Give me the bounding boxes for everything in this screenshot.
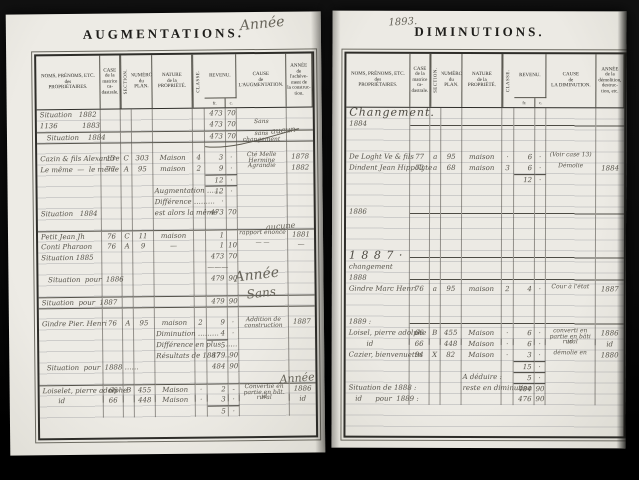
cell-an: — (288, 239, 314, 250)
cell-f: 5 (514, 372, 535, 383)
cell-na (462, 262, 502, 273)
cell-na (462, 361, 502, 372)
cell-ca (410, 394, 430, 405)
cell-c (227, 196, 238, 207)
cell-c: 90 (228, 361, 239, 372)
cell-n: Situation pour 1887 (39, 297, 103, 309)
cell-cu (546, 394, 596, 405)
cell-se: A (121, 164, 132, 175)
cell-nu (441, 218, 462, 229)
cell-se (122, 208, 133, 219)
cell-cl: 3 (502, 163, 514, 174)
cell-f (514, 251, 535, 262)
cell-nu (441, 394, 462, 405)
page-title: AUGMENTATIONS. (6, 24, 321, 43)
cell-se (122, 219, 133, 230)
cell-n: Conti Pharaon (38, 242, 102, 254)
cell-cl (195, 373, 207, 384)
cell-cu: id (240, 394, 290, 406)
cell-ca (410, 119, 430, 130)
cell-c: · (535, 152, 546, 163)
cell-se (121, 142, 132, 153)
cell-ca (410, 207, 430, 218)
cell-ca (102, 208, 122, 219)
cell-an (288, 206, 314, 217)
cell-c (535, 240, 546, 251)
cell-cl (195, 285, 207, 296)
cell-n: Gindre Marc Henri (346, 284, 410, 295)
cell-an: 1882 (287, 162, 313, 173)
cell-an (288, 195, 314, 206)
cell-na (154, 263, 194, 274)
cell-nu (441, 108, 462, 119)
cell-an (289, 349, 315, 360)
cell-cl (194, 197, 206, 208)
cell-n (37, 176, 101, 188)
cell-n: De Loght Ve & fils (346, 152, 410, 163)
cell-cu: Cour à l'état (546, 284, 596, 295)
cell-na (155, 362, 195, 373)
cell-nu (441, 207, 462, 218)
cell-cl (502, 317, 514, 328)
cell-n: Situation pour 1888 …… (39, 363, 103, 375)
cell-cu (238, 207, 288, 219)
cell-f (205, 141, 226, 152)
cell-se (430, 130, 441, 141)
cell-f (514, 119, 535, 130)
cell-se (430, 339, 441, 350)
cell-c (227, 218, 238, 229)
cell-cu: Démolie (546, 163, 596, 174)
cell-an (288, 272, 314, 283)
cell-cl (502, 372, 514, 383)
cell-nu: 95 (441, 284, 462, 295)
cell-n: id (40, 396, 104, 408)
cell-cu (239, 328, 289, 340)
cell-cl (502, 130, 514, 141)
cell-n (346, 141, 410, 152)
cell-c (535, 207, 546, 218)
cell-f (514, 185, 535, 196)
cell-nu (132, 142, 153, 153)
cell-nu (134, 329, 155, 340)
cell-na (154, 252, 194, 263)
cell-se (123, 362, 134, 373)
cell-f: 473 (205, 108, 226, 119)
cell-cu (239, 339, 289, 351)
cell-f (514, 317, 535, 328)
cell-f: 476 (514, 394, 535, 405)
cell-cl: 4 (193, 153, 205, 164)
cell-n: changement (346, 262, 410, 273)
cell-f: 9 (207, 317, 228, 328)
cell-se (123, 351, 134, 362)
cell-cu (546, 185, 596, 196)
cell-cu: — — (238, 240, 288, 252)
cell-cl (195, 307, 207, 318)
cell-na: — (154, 241, 194, 252)
table-row: 1 8 8 7 · (346, 251, 624, 263)
cell-an: 1887 (289, 316, 315, 327)
cell-se (121, 175, 132, 186)
cell-cl (502, 306, 514, 317)
cell-f: 6 (514, 339, 535, 350)
cell-f: 15 (514, 361, 535, 372)
augmentations-table: NOMS, PRÉNOMS, ETC. des PROPRIÉTAIRES. C… (34, 51, 318, 440)
cell-an (289, 294, 315, 305)
cell-cl: 2 (195, 318, 207, 329)
cell-se (122, 274, 133, 285)
cell-cl (193, 120, 205, 131)
cell-cu (239, 284, 289, 296)
cell-f: 5 (207, 339, 228, 350)
cell-ca (410, 130, 430, 141)
cell-cu (546, 229, 596, 240)
cell-cu (238, 251, 288, 263)
table-row (346, 218, 624, 230)
cell-ca (410, 361, 430, 372)
cell-nu (134, 373, 155, 384)
cell-f: 1 (206, 240, 227, 251)
cell-se: a (430, 152, 441, 163)
cell-c: 10 (227, 240, 238, 251)
cell-f: 473 (205, 119, 226, 130)
cell-f (514, 295, 535, 306)
cell-c (535, 196, 546, 207)
cell-c: · (535, 361, 546, 372)
cell-se: A (122, 241, 133, 252)
cell-se (430, 273, 441, 284)
cell-nu (133, 252, 154, 263)
cell-c (535, 251, 546, 262)
table-row: 1886 (346, 207, 624, 219)
cell-an (289, 360, 315, 371)
cell-f (514, 207, 535, 218)
cell-c: 90 (228, 295, 239, 306)
cell-cl: · (502, 339, 514, 350)
page-edge-shadow (616, 11, 626, 448)
cell-n: 1 8 8 7 · (346, 251, 410, 262)
cell-ca (410, 185, 430, 196)
table-row (346, 295, 624, 307)
cell-f: ——— (206, 262, 227, 273)
cell-ca (103, 340, 123, 351)
cell-n (346, 295, 410, 306)
col-header-annee-construction: ANNÉE de l'achève- ment de la construc- … (286, 53, 313, 106)
cell-c (535, 119, 546, 130)
cell-nu (441, 262, 462, 273)
cell-nu (441, 306, 462, 317)
cell-f: 5 (208, 405, 229, 416)
cell-cl (502, 240, 514, 251)
cell-na: Maison (462, 339, 502, 350)
cell-f: 484 (207, 361, 228, 372)
cell-ca (410, 251, 430, 262)
cell-ca (410, 108, 430, 119)
col-header-proprietaires: NOMS, PRÉNOMS, ETC. des PROPRIÉTAIRES. (36, 56, 101, 110)
col-header-nature-propriete: NATURE de la PROPRIÉTÉ. (462, 54, 502, 107)
cell-nu: 82 (441, 350, 462, 361)
cell-c: · (226, 185, 237, 196)
cell-ca (410, 317, 430, 328)
cell-cl (502, 207, 514, 218)
cell-f (207, 306, 228, 317)
cell-cl (195, 362, 207, 373)
cell-se: a (430, 284, 441, 295)
cell-na (462, 317, 502, 328)
cell-ca (410, 240, 430, 251)
cell-se (121, 109, 132, 120)
cell-se (121, 120, 132, 131)
cell-na (153, 120, 193, 131)
cell-n (346, 174, 410, 185)
cell-nu (134, 307, 155, 318)
cell-an (288, 261, 314, 272)
cell-cu (546, 295, 596, 306)
cell-ca (102, 263, 122, 274)
cell-f: 6 (514, 152, 535, 163)
cell-ca (102, 197, 122, 208)
cell-f (514, 273, 535, 284)
cell-na: Diminution ……… (155, 329, 195, 340)
cell-na (462, 174, 502, 185)
cell-nu (133, 197, 154, 208)
table-row: changement (346, 262, 624, 274)
cell-se (430, 361, 441, 372)
cell-na (154, 274, 194, 285)
cell-na (153, 175, 193, 186)
cell-n (346, 218, 410, 229)
cell-cl (502, 383, 514, 394)
cell-n (40, 407, 104, 419)
cell-nu: 95 (441, 152, 462, 163)
col-header-section: SECTION. (430, 54, 441, 107)
cell-na (153, 109, 193, 120)
cell-cl (194, 252, 206, 263)
cell-ca: 13 (101, 153, 121, 164)
cell-n (39, 286, 103, 298)
col-header-numero-plan: NUMÉRO du PLAN. (441, 54, 462, 107)
cell-na (462, 306, 502, 317)
col-header-section: SECTION. (120, 55, 132, 108)
cell-c (535, 141, 546, 152)
cell-ca: 77 (101, 164, 121, 175)
cell-nu (441, 361, 462, 372)
cell-f: 9 (205, 163, 226, 174)
cell-ca (102, 219, 122, 230)
cell-se (123, 296, 134, 307)
cell-n (38, 198, 102, 210)
cell-cu (237, 185, 287, 197)
cell-n: id pour 1889 : (346, 394, 410, 405)
table-row: Dindent Jean Hippolyte72a68maison36·Démo… (346, 163, 624, 175)
subheader-centimes: c. (226, 98, 237, 107)
cell-na: Maison (462, 350, 502, 361)
cell-cl (194, 219, 206, 230)
cell-f (514, 218, 535, 229)
cell-na (462, 185, 502, 196)
table-row: 15· (346, 361, 624, 373)
cell-f (514, 240, 535, 251)
cell-na (462, 273, 502, 284)
cell-cu (240, 405, 290, 417)
cell-se (430, 218, 441, 229)
cell-cl (194, 263, 206, 274)
cell-nu (441, 141, 462, 152)
cell-c (228, 306, 239, 317)
col-header-classe: CLASSE. (502, 54, 514, 107)
cell-ca (410, 383, 430, 394)
cell-f: 479 (207, 295, 228, 306)
cell-an: 1878 (287, 151, 313, 162)
page-diminutions: DIMINUTIONS. NOMS, PRÉNOMS, ETC. des PRO… (331, 11, 626, 449)
cell-se (123, 373, 134, 384)
cell-nu: 448 (135, 395, 156, 406)
page-augmentations: AUGMENTATIONS. NOMS, PRÉNOMS, ETC. des P… (6, 11, 326, 455)
cell-c: · (226, 152, 237, 163)
cell-f (514, 196, 535, 207)
cell-cl (195, 340, 207, 351)
cell-c (535, 218, 546, 229)
cell-n: Cazier, bienvenuette (346, 350, 410, 361)
cell-f (514, 130, 535, 141)
cell-nu (441, 383, 462, 394)
cell-nu (133, 186, 154, 197)
cell-nu (441, 273, 462, 284)
cell-ca (103, 373, 123, 384)
cell-se (124, 395, 135, 406)
cell-ca: 66 (104, 395, 124, 406)
cell-nu: 11 (133, 230, 154, 241)
table-row: Changement. (346, 108, 624, 120)
cell-f: · (206, 196, 227, 207)
cell-c (535, 185, 546, 196)
col-header-cause-augmentation: CAUSE de L'AUGMENTATION. (236, 54, 287, 108)
col-header-numero-plan: NUMÉRO du PLAN. (131, 55, 153, 108)
cell-f: 473 (206, 251, 227, 262)
cell-cu (546, 207, 596, 218)
cell-se (430, 174, 441, 185)
cell-f: 12 (206, 185, 227, 196)
cell-cl (502, 251, 514, 262)
cell-cl: 2 (193, 164, 205, 175)
cell-n (37, 143, 101, 155)
cell-c: 70 (227, 207, 238, 218)
table-body: Changement.1884De Loght Ve & fils77a95ma… (345, 108, 624, 434)
cell-c: 90 (228, 350, 239, 361)
cell-na (156, 406, 196, 417)
cell-cu (546, 119, 596, 130)
cell-cu (546, 383, 596, 394)
cell-ca (102, 186, 122, 197)
cell-ca: 94 (410, 350, 430, 361)
table-row: Loisel, pierre adolphe66B455Maison·6·con… (346, 328, 624, 340)
cell-ca (410, 306, 430, 317)
cell-an (289, 305, 315, 316)
cell-na (155, 307, 195, 318)
cell-c: 90 (535, 394, 546, 405)
subheader-francs: fr. (514, 98, 535, 107)
cell-nu (133, 219, 154, 230)
cell-cu (546, 306, 596, 317)
cell-n (39, 330, 103, 342)
cell-se (430, 372, 441, 383)
cell-f (206, 218, 227, 229)
cell-na: maison (462, 152, 502, 163)
subheader-centimes: c. (535, 98, 546, 107)
cell-f: 3 (514, 350, 535, 361)
cell-nu (441, 130, 462, 141)
cell-f: 484 (514, 383, 535, 394)
cell-ca: 76 (410, 284, 430, 295)
cell-ca: 77 (410, 152, 430, 163)
cell-cu (239, 361, 289, 373)
cell-se (123, 329, 134, 340)
cell-nu (441, 240, 462, 251)
cell-se (430, 240, 441, 251)
cell-cu (546, 361, 596, 372)
cell-n (346, 130, 410, 141)
cell-se (430, 295, 441, 306)
cell-n: Situation de 1888 : (346, 383, 410, 394)
cell-cl (502, 141, 514, 152)
cell-f: 6 (514, 163, 535, 174)
cell-na: reste en diminution (462, 383, 502, 394)
cell-c: · (535, 372, 546, 383)
cell-nu (134, 340, 155, 351)
cell-ca (410, 229, 430, 240)
cell-cl (194, 274, 206, 285)
cell-cl (193, 142, 205, 153)
cell-cu (546, 240, 596, 251)
cell-n: 1888 (346, 273, 410, 284)
cell-cu (546, 174, 596, 185)
cell-ca (102, 252, 122, 263)
col-header-nature-propriete: NATURE de la PROPRIÉTÉ. (152, 55, 193, 108)
cell-ca (101, 142, 121, 153)
cell-se (123, 285, 134, 296)
cell-se (430, 185, 441, 196)
cell-n: 1884 (346, 119, 410, 130)
col-header-classe: CLASSE. (192, 55, 205, 108)
cell-na (462, 394, 502, 405)
cell-c (228, 339, 239, 350)
cell-n: Situation 1882 (37, 110, 101, 122)
cell-ca (103, 362, 123, 373)
cell-n (38, 220, 102, 232)
cell-an (289, 283, 315, 294)
cell-c: · (535, 284, 546, 295)
cell-f (514, 108, 535, 119)
cell-ca (410, 174, 430, 185)
cell-n: Situation 1884 (38, 209, 102, 221)
cell-cu (546, 108, 596, 119)
cell-c (535, 130, 546, 141)
col-header-case-matrice: CASE de la matrice ca- dastrale. (410, 54, 430, 107)
cell-n: id (346, 339, 410, 350)
table-row (346, 229, 624, 241)
cell-cu: Addition de construction (239, 317, 289, 329)
cell-c: 70 (227, 251, 238, 262)
cell-n: 1136 1883 (37, 121, 101, 133)
cell-c: 70 (226, 108, 237, 119)
cell-cu (546, 130, 596, 141)
cell-nu (441, 372, 462, 383)
cell-se (123, 340, 134, 351)
cell-se (430, 141, 441, 152)
table-row: id pour 1889 :47690 (346, 394, 624, 406)
cell-n (39, 352, 103, 364)
